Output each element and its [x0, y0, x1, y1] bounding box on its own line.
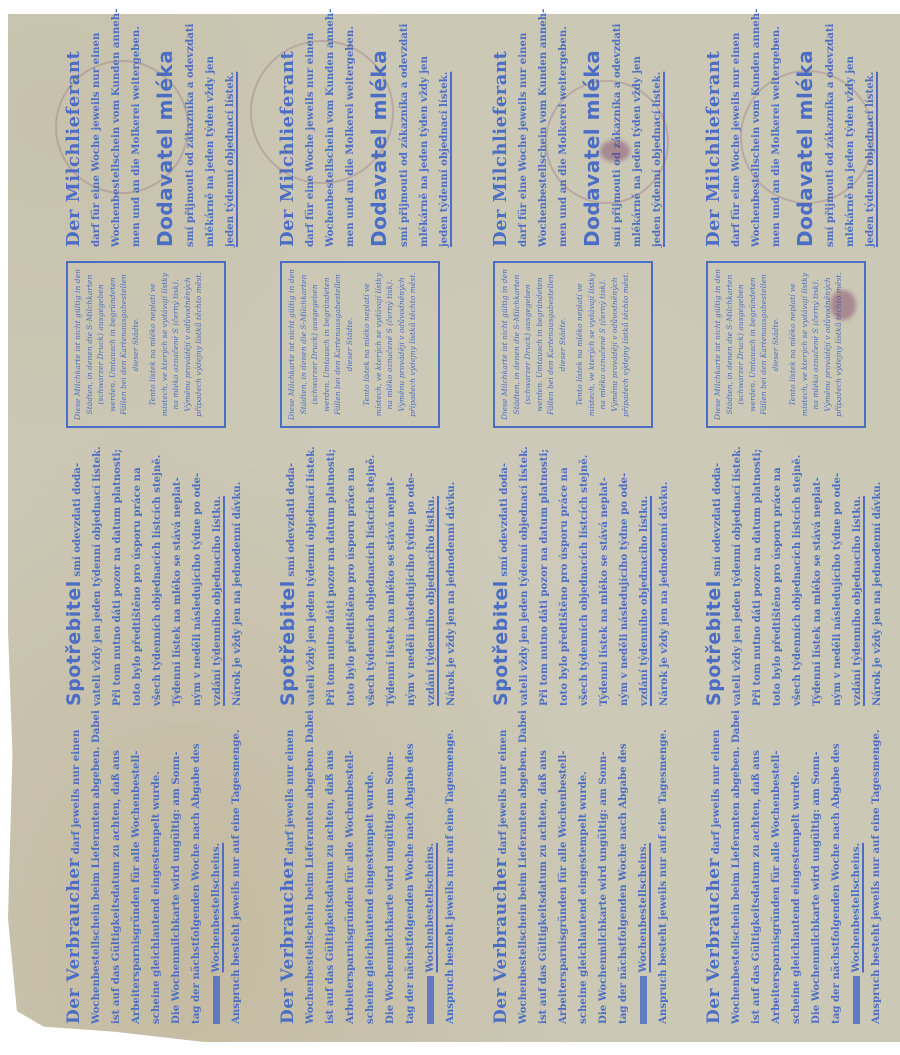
text-line: Wochenbestellscheins. — [424, 843, 436, 973]
text-line: smí odevzdati doda- — [71, 463, 83, 577]
text-line: vzdání týdenního objednacího lístku. — [638, 496, 650, 706]
supplier-title-german: Der Milchlieferant — [489, 36, 513, 247]
text-line: scheine gleichlautend eingestempelt wurd… — [786, 722, 806, 1024]
text-line: mlékárně na jeden týden vždy jen — [200, 36, 220, 247]
validity-notice-box: Diese Milchkarte ist nicht gültig in den… — [280, 261, 440, 428]
text-line: darf jeweils nur einen — [284, 730, 296, 855]
text-line: Die Wochenmilchkarte wird ungültig: am S… — [166, 722, 186, 1024]
text-line: darf für eine Woche jeweils nur einen — [513, 36, 533, 247]
notice-german: Diese Milchkarte ist nicht gültig in den… — [72, 269, 141, 420]
consumer-section-czech: Spotřebitel smí odevzdati doda- vateli v… — [698, 436, 893, 718]
text-line: ným v neděli následujícího týdne po ode- — [187, 440, 207, 706]
text-line: Wochenbestellscheins. — [637, 843, 649, 973]
ink-smudge — [600, 140, 630, 162]
text-line: Die Wochenmilchkarte wird ungültig: am S… — [806, 722, 826, 1024]
notice-czech: Tento lístek na mléko neplatí ve místech… — [147, 269, 205, 420]
text-line: všech týdenních objednacích lístcích ste… — [361, 440, 381, 706]
text-line: ist auf das Gültigkeitsdatum zu achten, … — [106, 722, 126, 1024]
text-line: mlékárně na jeden týden vždy jen — [414, 36, 434, 247]
consumer-title-czech: Spotřebitel — [703, 580, 725, 706]
text-line: Nárok je vždy jen na jednodenní dávku. — [227, 440, 247, 706]
consumer-title-german: Der Verbraucher — [704, 858, 724, 1024]
text-line: Týdenní lístek na mléko se stává neplat- — [381, 440, 401, 706]
text-line: ným v neděli následujícího týdne po ode- — [827, 440, 847, 706]
text-line: Týdenní lístek na mléko se stává neplat- — [594, 440, 614, 706]
text-line: ist auf das Gültigkeitsdatum zu achten, … — [533, 722, 553, 1024]
consumer-title-german: Der Verbraucher — [491, 858, 511, 1024]
notice-box-section: Diese Milchkarte ist nicht gültig in den… — [272, 259, 467, 434]
text-line: ným v neděli následujícího týdne po ode- — [401, 440, 421, 706]
text-line: Wochenbestellscheins. — [210, 843, 222, 973]
text-line: ným v neděli následujícího týdne po ode- — [614, 440, 634, 706]
text-line: scheine gleichlautend eingestempelt wurd… — [573, 722, 593, 1024]
notice-box-section: Diese Milchkarte ist nicht gültig in den… — [698, 259, 893, 434]
consumer-title-german: Der Verbraucher — [64, 858, 84, 1024]
text-line: Týdenní lístek na mléko se stává neplat- — [807, 440, 827, 706]
text-line: Anspruch besteht jeweils nur auf eine Ta… — [653, 722, 673, 1024]
text-line: Die Wochenmilchkarte wird ungültig: am S… — [593, 722, 613, 1024]
text-line: toto bylo předtištěno pro úsporu práce n… — [127, 440, 147, 706]
text-line: darf jeweils nur einen — [710, 730, 722, 855]
consumer-title-german: Der Verbraucher — [278, 858, 298, 1024]
text-line: Nárok je vždy jen na jednodenní dávku. — [654, 440, 674, 706]
consumer-section-german: Der Verbraucher darf jeweils nur einen W… — [485, 718, 680, 1030]
text-line: darf jeweils nur einen — [497, 730, 509, 855]
text-line: Při tom nutno dáti pozor na datum platno… — [107, 440, 127, 706]
text-line: tag der nächstfolgenden Woche nach Abgab… — [613, 722, 633, 1024]
notice-box-section: Diese Milchkarte ist nicht gültig in den… — [485, 259, 680, 434]
validity-notice-box: Diese Milchkarte ist nicht gültig in den… — [66, 261, 226, 428]
separator-bar — [427, 976, 434, 1024]
postmark-stamp — [55, 60, 189, 194]
text-line: všech týdenních objednacích lístcích ste… — [574, 440, 594, 706]
postmark-stamp — [250, 40, 394, 184]
text-line: ist auf das Gültigkeitsdatum zu achten, … — [746, 722, 766, 1024]
text-line: scheine gleichlautend eingestempelt wurd… — [146, 722, 166, 1024]
consumer-title-czech: Spotřebitel — [490, 580, 512, 706]
text-line: Při tom nutno dáti pozor na datum platno… — [534, 440, 554, 706]
text-line: tag der nächstfolgenden Woche nach Abgab… — [826, 722, 846, 1024]
text-line: vzdání týdenního objednacího lístku. — [851, 496, 863, 706]
text-line: Týdenní lístek na mléko se stává neplat- — [167, 440, 187, 706]
text-line: Anspruch besteht jeweils nur auf eine Ta… — [866, 722, 886, 1024]
postmark-stamp — [740, 70, 874, 204]
notice-german: Diese Milchkarte ist nicht gültig in den… — [712, 269, 781, 420]
text-line: Wochenbestellscheins. — [850, 843, 862, 973]
text-line: Arbeitersparnisgründen für alle Wochenbe… — [126, 722, 146, 1024]
text-line: scheine gleichlautend eingestempelt wurd… — [360, 722, 380, 1024]
text-line: darf jeweils nur einen — [70, 730, 82, 855]
notice-czech: Tento lístek na mléko neplatí ve místech… — [361, 269, 419, 420]
text-line: všech týdenních objednacích lístcích ste… — [787, 440, 807, 706]
consumer-section-czech: Spotřebitel smí odevzdati doda- vateli v… — [272, 436, 467, 718]
text-line: smí odevzdati doda- — [285, 463, 297, 577]
text-line: smí přijmouti od zákazníka a odevzdati — [394, 36, 414, 247]
consumer-section-german: Der Verbraucher darf jeweils nur einen W… — [698, 718, 893, 1030]
consumer-section-czech: Spotřebitel smí odevzdati doda- vateli v… — [485, 436, 680, 718]
text-line: Nárok je vždy jen na jednodenní dávku. — [867, 440, 887, 706]
text-line: toto bylo předtištěno pro úsporu práce n… — [767, 440, 787, 706]
text-line: tag der nächstfolgenden Woche nach Abgab… — [186, 722, 206, 1024]
separator-bar — [640, 976, 647, 1024]
validity-notice-box: Diese Milchkarte ist nicht gültig in den… — [493, 261, 653, 428]
ink-smudge — [830, 290, 856, 320]
text-line: Wochenbestellschein beim Lieferanten abg… — [726, 722, 746, 1024]
text-line: vateli vždy jen jeden týdenní objednací … — [301, 440, 321, 706]
consumer-title-czech: Spotřebitel — [63, 580, 85, 706]
text-line: Wochenbestellschein beim Lieferanten abg… — [513, 722, 533, 1024]
notice-czech: Tento lístek na mléko neplatí ve místech… — [574, 269, 632, 420]
validity-notice-box: Diese Milchkarte ist nicht gültig in den… — [706, 261, 866, 428]
separator-bar — [853, 976, 860, 1024]
text-line: Wochenbestellschein beim Lieferanten abg… — [300, 722, 320, 1024]
consumer-section-czech: Spotřebitel smí odevzdati doda- vateli v… — [58, 436, 253, 718]
text-line: jeden týdenní objednací lístek. — [438, 72, 450, 247]
text-line: Nárok je vždy jen na jednodenní dávku. — [441, 440, 461, 706]
consumer-section-german: Der Verbraucher darf jeweils nur einen W… — [272, 718, 467, 1030]
text-line: Anspruch besteht jeweils nur auf eine Ta… — [226, 722, 246, 1024]
text-line: vateli vždy jen jeden týdenní objednací … — [87, 440, 107, 706]
consumer-section-german: Der Verbraucher darf jeweils nur einen W… — [58, 718, 253, 1030]
text-line: toto bylo předtištěno pro úsporu práce n… — [341, 440, 361, 706]
text-line: Při tom nutno dáti pozor na datum platno… — [321, 440, 341, 706]
consumer-title-czech: Spotřebitel — [277, 580, 299, 706]
text-line: Arbeitersparnisgründen für alle Wochenbe… — [766, 722, 786, 1024]
text-line: Die Wochenmilchkarte wird ungültig: am S… — [380, 722, 400, 1024]
text-line: všech týdenních objednacích lístcích ste… — [147, 440, 167, 706]
notice-german: Diese Milchkarte ist nicht gültig in den… — [286, 269, 355, 420]
text-line: vzdání týdenního objednacího lístku. — [425, 496, 437, 706]
text-line: vateli vždy jen jeden týdenní objednací … — [514, 440, 534, 706]
text-line: Anspruch besteht jeweils nur auf eine Ta… — [440, 722, 460, 1024]
text-line: jeden týdenní objednací lístek. — [224, 72, 236, 247]
text-line: smí odevzdati doda- — [498, 463, 510, 577]
text-line: ist auf das Gültigkeitsdatum zu achten, … — [320, 722, 340, 1024]
text-line: Při tom nutno dáti pozor na datum platno… — [747, 440, 767, 706]
notice-box-section: Diese Milchkarte ist nicht gültig in den… — [58, 259, 253, 434]
text-line: toto bylo předtištěno pro úsporu práce n… — [554, 440, 574, 706]
supplier-title-german: Der Milchlieferant — [702, 36, 726, 247]
text-line: Wochenbestellschein beim Lieferanten abg… — [86, 722, 106, 1024]
text-line: Arbeitersparnisgründen für alle Wochenbe… — [553, 722, 573, 1024]
notice-german: Diese Milchkarte ist nicht gültig in den… — [499, 269, 568, 420]
text-line: tag der nächstfolgenden Woche nach Abgab… — [400, 722, 420, 1024]
text-line: vzdání týdenního objednacího lístku. — [211, 496, 223, 706]
text-line: vateli vždy jen jeden týdenní objednací … — [727, 440, 747, 706]
text-line: Arbeitersparnisgründen für alle Wochenbe… — [340, 722, 360, 1024]
separator-bar — [213, 976, 220, 1024]
text-line: smí odevzdati doda- — [711, 463, 723, 577]
